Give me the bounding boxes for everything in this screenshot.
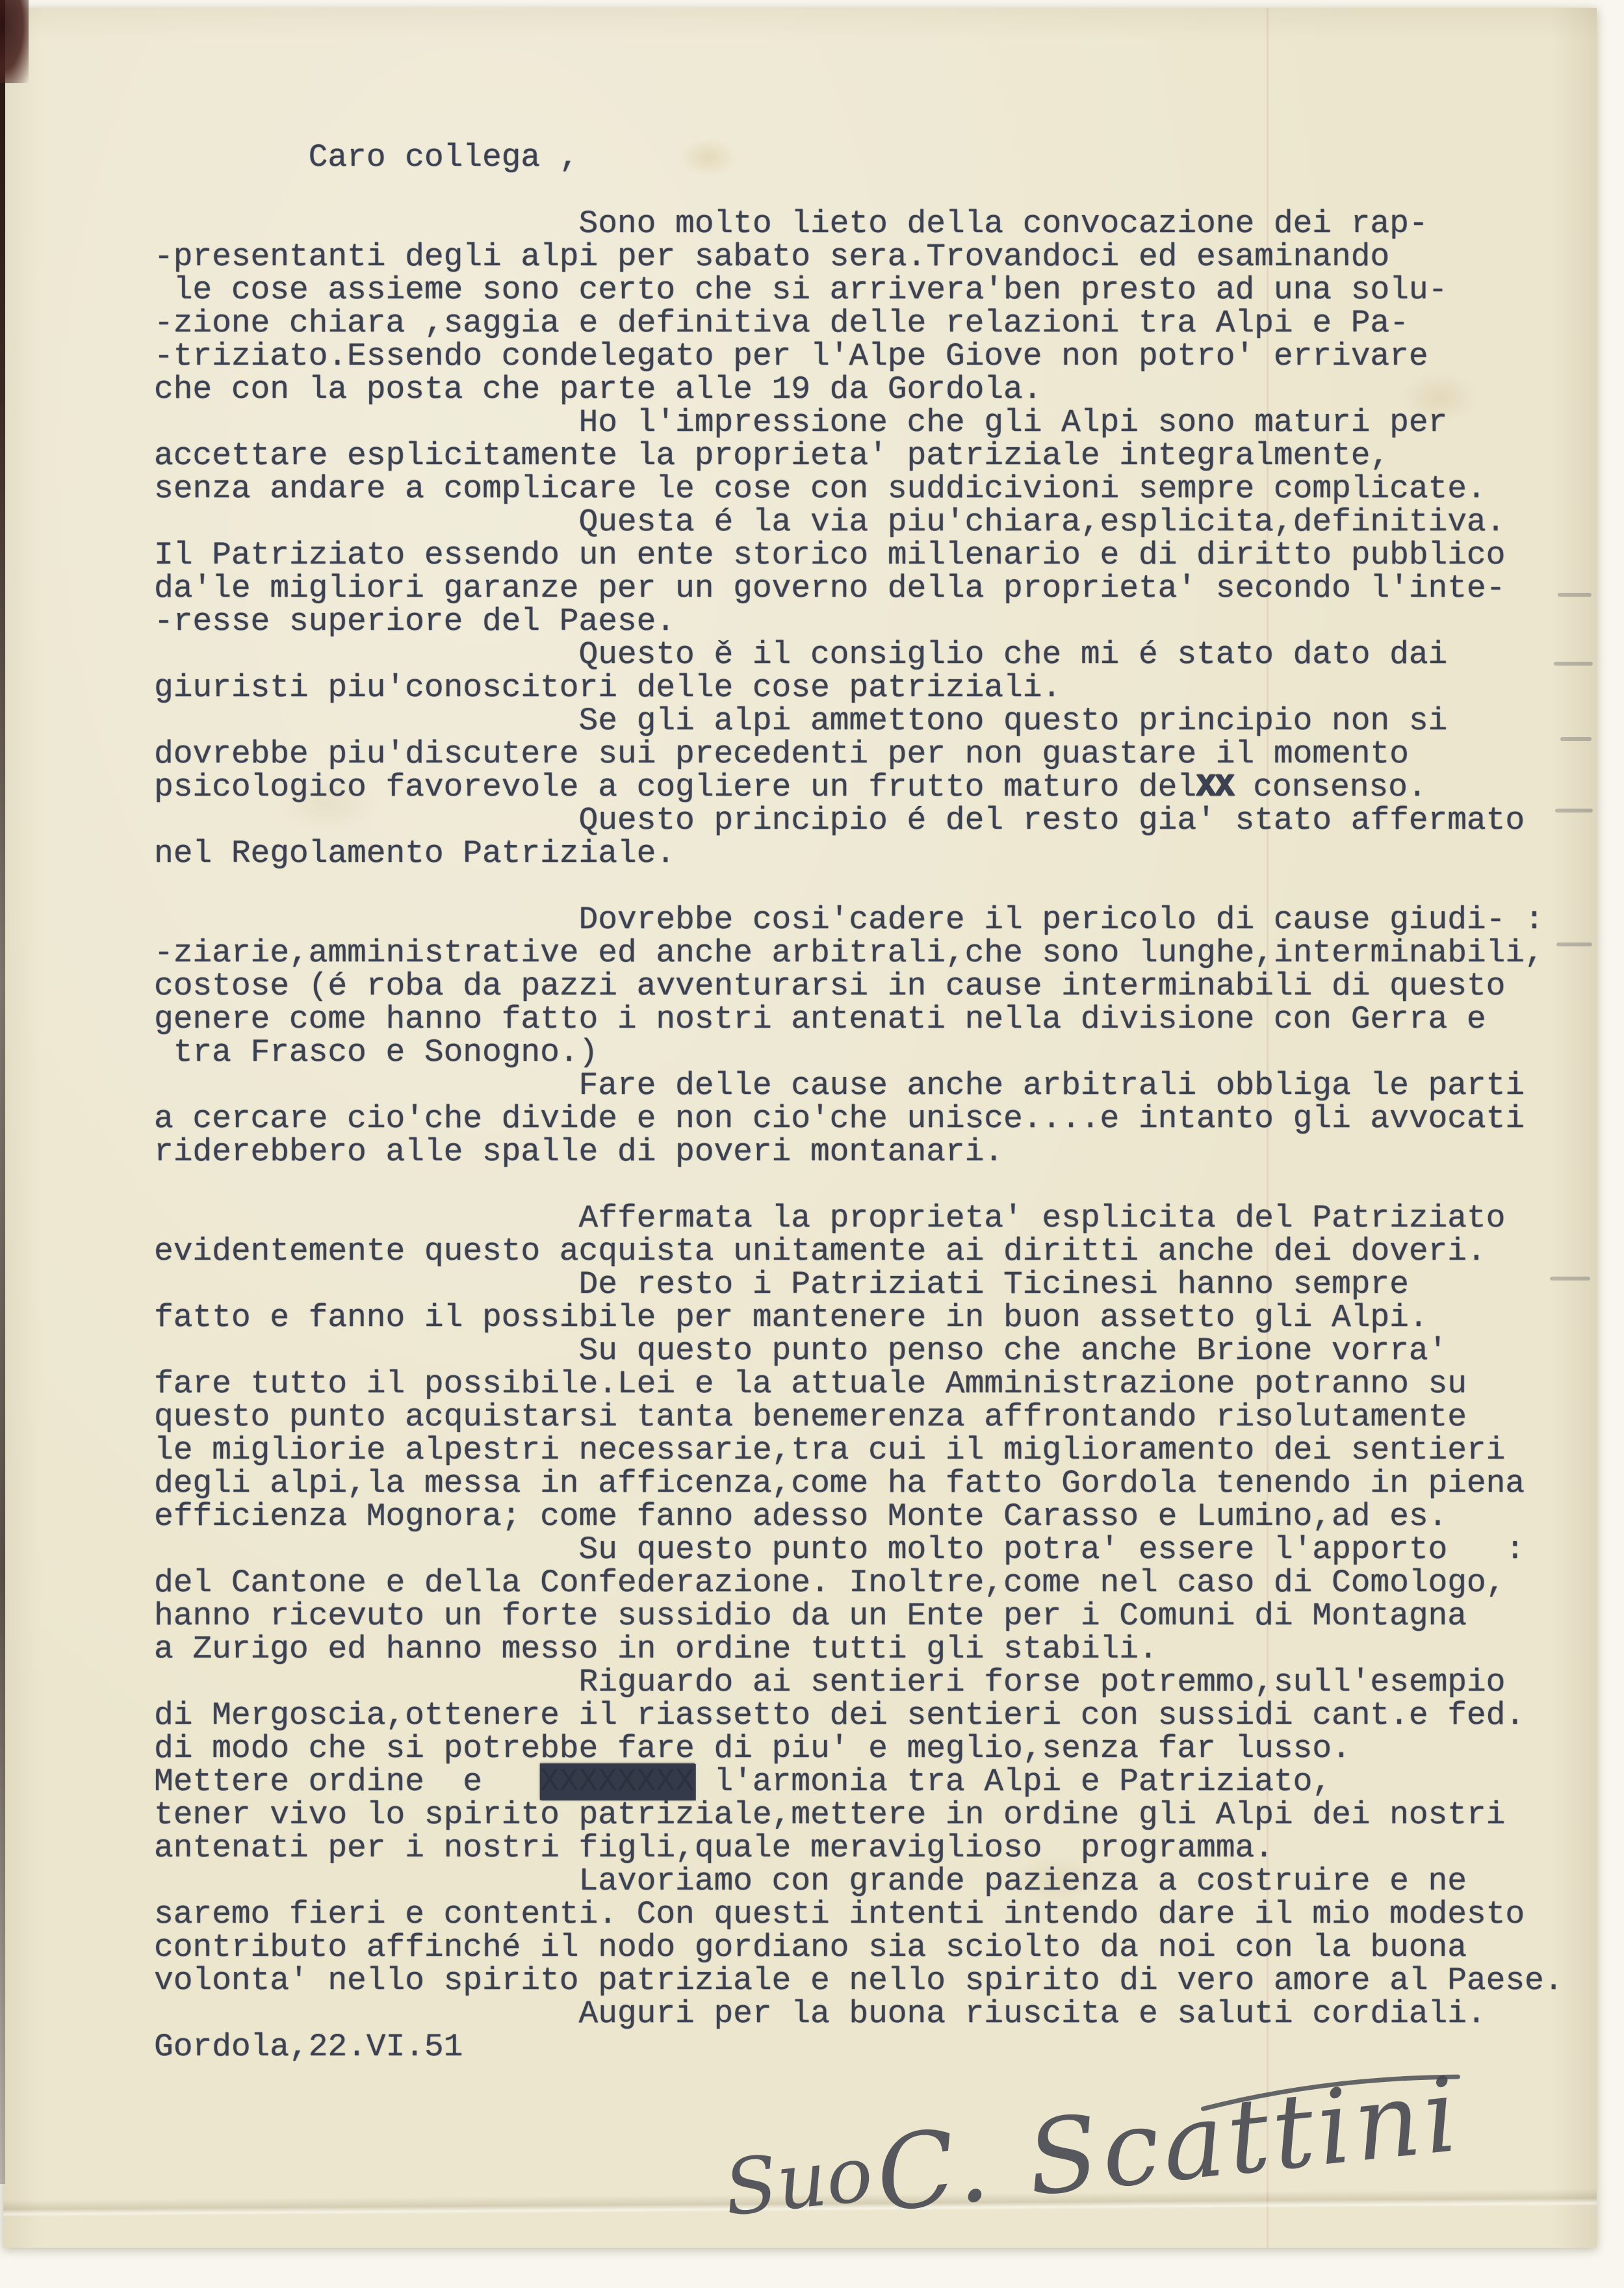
letter-line: nel Regolamento Patriziale.: [154, 837, 1584, 870]
letter-line: da'le migliori garanze per un governo de…: [154, 572, 1584, 605]
letter-line: -triziato.Essendo condelegato per l'Alpe…: [154, 340, 1584, 373]
letter-line: -ziarie,amministrative ed anche arbitral…: [154, 937, 1584, 970]
letter-line: questo punto acquistarsi tanta benemeren…: [154, 1401, 1584, 1434]
letter-line: le cose assieme sono certo che si arrive…: [154, 274, 1584, 307]
letter-line: [154, 174, 1584, 207]
letter-line: antenati per i nostri figli,quale meravi…: [154, 1832, 1584, 1865]
letter-line: evidentemente questo acquista unitamente…: [154, 1235, 1584, 1268]
letter-line: Su questo punto penso che anche Brione v…: [154, 1334, 1584, 1368]
letter-line: fatto e fanno il possibile per mantenere…: [154, 1301, 1584, 1334]
letter-line: che con la posta che parte alle 19 da Go…: [154, 373, 1584, 406]
letter-line: giuristi piu'conoscitori delle cose patr…: [154, 671, 1584, 705]
letter-line: accettare esplicitamente la proprieta' p…: [154, 439, 1584, 473]
letter-line: hanno ricevuto un forte sussidio da un E…: [154, 1600, 1584, 1633]
letter-line: De resto i Patriziati Ticinesi hanno sem…: [154, 1268, 1584, 1301]
letter-page: Caro collega , Sono molto lieto della co…: [3, 8, 1597, 2248]
letter-line: Fare delle cause anche arbitrali obbliga…: [154, 1069, 1584, 1102]
letter-line: -zione chiara ,saggia e definitiva delle…: [154, 307, 1584, 340]
letter-line: volonta' nello spirito patriziale e nell…: [154, 1964, 1584, 1997]
letter-body: Caro collega , Sono molto lieto della co…: [154, 141, 1584, 2064]
letter-line: -presentanti degli alpi per sabato sera.…: [154, 240, 1584, 274]
scan-corner-blot: [0, 0, 29, 83]
scan-left-edge: [0, 0, 5, 2184]
letter-line: psicologico favorevole a cogliere un fru…: [154, 771, 1584, 804]
letter-line: Sono molto lieto della convocazione dei …: [154, 207, 1584, 240]
letter-line: Affermata la proprieta' esplicita del Pa…: [154, 1202, 1584, 1235]
letter-line: -resse superiore del Paese.: [154, 605, 1584, 638]
letter-line: Se gli alpi ammettono questo principio n…: [154, 705, 1584, 738]
letter-line: tener vivo lo spirito patriziale,mettere…: [154, 1799, 1584, 1832]
letter-line: Ho l'impressione che gli Alpi sono matur…: [154, 406, 1584, 439]
redacted-word: XXXXXXXX: [540, 1763, 695, 1800]
overstruck-text: XX: [1196, 769, 1233, 805]
letter-line: Su questo punto molto potra' essere l'ap…: [154, 1533, 1584, 1566]
letter-line: Riguardo ai sentieri forse potremmo,sull…: [154, 1666, 1584, 1699]
letter-line: Lavoriamo con grande pazienza a costruir…: [154, 1865, 1584, 1898]
line-segment: l'armonia tra Alpi e Patriziato,: [695, 1763, 1332, 1800]
letter-line: [154, 870, 1584, 903]
letter-line: le migliorie alpestri necessarie,tra cui…: [154, 1434, 1584, 1467]
line-segment: Mettere ordine e: [154, 1763, 540, 1800]
letter-line: Questo principio é del resto gia' stato …: [154, 804, 1584, 837]
letter-line: contributo affinché il nodo gordiano sia…: [154, 1931, 1584, 1964]
line-segment: consenso.: [1233, 769, 1426, 805]
line-segment: psicologico favorevole a cogliere un fru…: [154, 769, 1196, 805]
screenshot-root: { "letter": { "ink_color": "#3c4152", "p…: [0, 0, 1624, 2288]
letter-line: costose (é roba da pazzi avventurarsi in…: [154, 970, 1584, 1003]
letter-line: Mettere ordine e XXXXXXXX l'armonia tra …: [154, 1765, 1584, 1799]
letter-line: efficienza Mognora; come fanno adesso Mo…: [154, 1500, 1584, 1533]
letter-line: di modo che si potrebbe fare di piu' e m…: [154, 1732, 1584, 1765]
letter-line: Questa é la via piu'chiara,esplicita,def…: [154, 506, 1584, 539]
letter-line: Questo ě il consiglio che mi é stato dat…: [154, 638, 1584, 671]
letter-line: Il Patriziato essendo un ente storico mi…: [154, 539, 1584, 572]
signature-prefix: Suo: [720, 2129, 877, 2233]
letter-line: del Cantone e della Confederazione. Inol…: [154, 1566, 1584, 1600]
letter-line: Dovrebbe cosi'cadere il pericolo di caus…: [154, 903, 1584, 937]
letter-line: a Zurigo ed hanno messo in ordine tutti …: [154, 1633, 1584, 1666]
letter-line: degli alpi,la messa in afficenza,come ha…: [154, 1467, 1584, 1500]
letter-line: fare tutto il possibile.Lei e la attuale…: [154, 1368, 1584, 1401]
letter-line: tra Frasco e Sonogno.): [154, 1036, 1584, 1069]
letter-line: di Mergoscia,ottenere il riassetto dei s…: [154, 1699, 1584, 1732]
letter-line: [154, 1169, 1584, 1202]
letter-line: genere come hanno fatto i nostri antenat…: [154, 1003, 1584, 1036]
signature: Suo C. Scattini: [660, 2007, 1517, 2267]
letter-line: dovrebbe piu'discutere sui precedenti pe…: [154, 738, 1584, 771]
letter-line: senza andare a complicare le cose con su…: [154, 473, 1584, 506]
letter-line: riderebbero alle spalle di poveri montan…: [154, 1136, 1584, 1169]
letter-line: saremo fieri e contenti. Con questi inte…: [154, 1898, 1584, 1931]
letter-line: a cercare cio'che divide e non cio'che u…: [154, 1102, 1584, 1136]
letter-line: Caro collega ,: [154, 141, 1584, 174]
